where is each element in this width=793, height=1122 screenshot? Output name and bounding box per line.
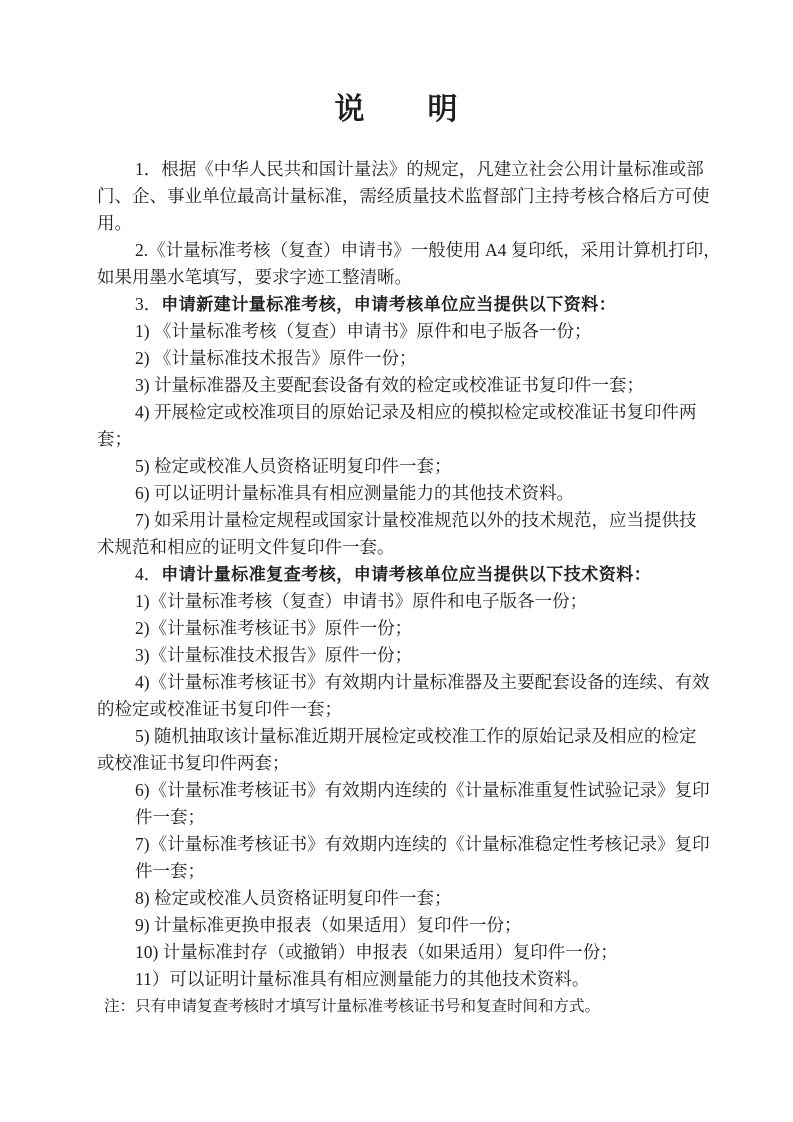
line-text: 件一套； (135, 861, 205, 881)
doc-line: 2.《计量标准考核（复查）申请书》一般使用 A4 复印纸，采用计算机打印， (97, 237, 737, 264)
line-text: 7)《计量标准考核证书》有效期内连续的《计量标准稳定性考核记录》复印 (135, 834, 710, 854)
line-text: 的检定或校准证书复印件一套； (97, 699, 342, 719)
doc-line: 11）可以证明计量标准具有相应测量能力的其他技术资料。 (97, 966, 737, 993)
doc-line: 4)《计量标准考核证书》有效期内计量标准器及主要配套设备的连续、有效 (97, 669, 737, 696)
line-text: 或校准证书复印件两套； (97, 753, 290, 773)
line-text: 2.《计量标准考核（复查）申请书》一般使用 A4 复印纸，采用计算机打印， (135, 240, 721, 260)
line-text: 注：只有申请复查考核时才填写计量标准考核证书号和复查时间和方式。 (104, 998, 600, 1015)
line-text: 如果用墨水笔填写，要求字迹工整清晰。 (97, 267, 412, 287)
doc-line: 4) 开展检定或校准项目的原始记录及相应的模拟检定或校准证书复印件两 (97, 399, 737, 426)
line-text: 2) 《计量标准技术报告》原件一份； (135, 348, 416, 368)
doc-body: 1．根据《中华人民共和国计量法》的规定，凡建立社会公用计量标准或部 门、企、事业… (97, 156, 737, 1020)
doc-line: 门、企、事业单位最高计量标准，需经质量技术监督部门主持考核合格后方可使 (97, 183, 737, 210)
doc-line: 或校准证书复印件两套； (97, 750, 737, 777)
doc-line: 术规范和相应的证明文件复印件一套。 (97, 534, 737, 561)
line-text: 3． (135, 294, 161, 314)
doc-line: 套； (97, 426, 737, 453)
doc-line: 3)《计量标准技术报告》原件一份； (97, 642, 737, 669)
line-bold-text: 申请新建计量标准考核，申请考核单位应当提供以下资料： (161, 295, 616, 315)
line-text: 8) 检定或校准人员资格证明复印件一套； (135, 888, 451, 908)
doc-line: 如果用墨水笔填写，要求字迹工整清晰。 (97, 264, 737, 291)
line-text: 4)《计量标准考核证书》有效期内计量标准器及主要配套设备的连续、有效 (135, 672, 710, 692)
doc-line: 2)《计量标准考核证书》原件一份； (97, 615, 737, 642)
doc-section-heading: 4．申请计量标准复查考核，申请考核单位应当提供以下技术资料： (97, 561, 737, 588)
document-page: 说 明 1．根据《中华人民共和国计量法》的规定，凡建立社会公用计量标准或部 门、… (0, 0, 793, 1122)
line-text: 4． (135, 564, 161, 584)
line-bold-text: 申请计量标准复查考核，申请考核单位应当提供以下技术资料： (161, 565, 651, 585)
line-text: 件一套； (135, 807, 205, 827)
line-text: 6) 可以证明计量标准具有相应测量能力的其他技术资料。 (135, 483, 574, 503)
line-text: 门、企、事业单位最高计量标准，需经质量技术监督部门主持考核合格后方可使 (97, 186, 710, 206)
doc-line: 5) 检定或校准人员资格证明复印件一套； (97, 453, 737, 480)
line-text: 1) 《计量标准考核（复查）申请书》原件和电子版各一份； (135, 321, 591, 341)
line-text: 3)《计量标准技术报告》原件一份； (135, 645, 412, 665)
doc-line: 2) 《计量标准技术报告》原件一份； (97, 345, 737, 372)
line-text: 6)《计量标准考核证书》有效期内连续的《计量标准重复性试验记录》复印 (135, 780, 710, 800)
line-text: 用。 (97, 213, 132, 233)
line-text: 3) 计量标准器及主要配套设备有效的检定或校准证书复印件一套； (135, 375, 644, 395)
line-text: 7) 如采用计量检定规程或国家计量校准规范以外的技术规范，应当提供技 (135, 510, 696, 530)
doc-line: 7) 如采用计量检定规程或国家计量校准规范以外的技术规范，应当提供技 (97, 507, 737, 534)
line-text: 4) 开展检定或校准项目的原始记录及相应的模拟检定或校准证书复印件两 (135, 402, 696, 422)
doc-line: 3) 计量标准器及主要配套设备有效的检定或校准证书复印件一套； (97, 372, 737, 399)
doc-line: 用。 (97, 210, 737, 237)
line-text: 套； (97, 429, 132, 449)
doc-footnote: 注：只有申请复查考核时才填写计量标准考核证书号和复查时间和方式。 (97, 993, 737, 1020)
line-text: 5) 检定或校准人员资格证明复印件一套； (135, 456, 451, 476)
line-text: 5) 随机抽取该计量标准近期开展检定或校准工作的原始记录及相应的检定 (135, 726, 696, 746)
line-text: 10) 计量标准封存（或撤销）申报表（如果适用）复印件一份； (135, 942, 618, 962)
doc-line: 9) 计量标准更换申报表（如果适用）复印件一份； (97, 912, 737, 939)
doc-line: 8) 检定或校准人员资格证明复印件一套； (97, 885, 737, 912)
doc-section-heading: 3．申请新建计量标准考核，申请考核单位应当提供以下资料： (97, 291, 737, 318)
doc-line: 件一套； (97, 858, 737, 885)
line-text: 术规范和相应的证明文件复印件一套。 (97, 537, 395, 557)
doc-line: 1．根据《中华人民共和国计量法》的规定，凡建立社会公用计量标准或部 (97, 156, 737, 183)
doc-line: 6) 可以证明计量标准具有相应测量能力的其他技术资料。 (97, 480, 737, 507)
doc-line: 5) 随机抽取该计量标准近期开展检定或校准工作的原始记录及相应的检定 (97, 723, 737, 750)
line-text: 1)《计量标准考核（复查）申请书》原件和电子版各一份； (135, 591, 587, 611)
doc-line: 7)《计量标准考核证书》有效期内连续的《计量标准稳定性考核记录》复印 (97, 831, 737, 858)
line-text: 11）可以证明计量标准具有相应测量能力的其他技术资料。 (135, 969, 589, 989)
line-text: 1．根据《中华人民共和国计量法》的规定，凡建立社会公用计量标准或部 (135, 159, 704, 179)
doc-line: 6)《计量标准考核证书》有效期内连续的《计量标准重复性试验记录》复印 (97, 777, 737, 804)
doc-line: 1)《计量标准考核（复查）申请书》原件和电子版各一份； (97, 588, 737, 615)
doc-line: 的检定或校准证书复印件一套； (97, 696, 737, 723)
doc-line: 10) 计量标准封存（或撤销）申报表（如果适用）复印件一份； (97, 939, 737, 966)
line-text: 2)《计量标准考核证书》原件一份； (135, 618, 412, 638)
doc-line: 1) 《计量标准考核（复查）申请书》原件和电子版各一份； (97, 318, 737, 345)
doc-title: 说 明 (0, 0, 793, 130)
line-text: 9) 计量标准更换申报表（如果适用）复印件一份； (135, 915, 521, 935)
doc-line: 件一套； (97, 804, 737, 831)
